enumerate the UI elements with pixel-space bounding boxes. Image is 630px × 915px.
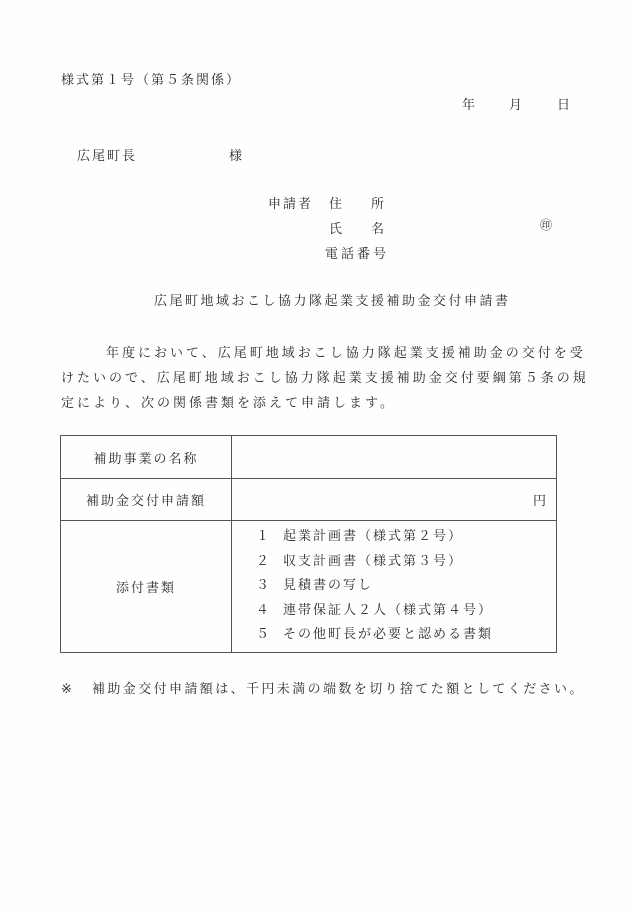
address-label-part2: 所 — [371, 193, 386, 212]
amount-field[interactable]: 円 — [232, 479, 557, 521]
item-text: 起業計画書（様式第２号） — [283, 525, 463, 550]
list-item: ３見積書の写し — [256, 574, 556, 599]
address-label-part1: 住 — [329, 197, 344, 212]
table-row: 添付書類 １起業計画書（様式第２号） ２収支計画書（様式第３号） ３見積書の写し… — [61, 521, 557, 653]
project-name-label: 補助事業の名称 — [61, 436, 232, 479]
addressee-honorific: 様 — [229, 145, 244, 164]
reference-mark-icon: ※ — [61, 682, 92, 697]
amount-label: 補助金交付申請額 — [61, 479, 232, 521]
list-item: ２収支計画書（様式第３号） — [256, 550, 556, 575]
form-number: 様式第１号（第５条関係） — [61, 69, 241, 88]
table-row: 補助事業の名称 — [61, 436, 557, 479]
date-month: 月 — [509, 94, 557, 113]
yen-unit: 円 — [533, 494, 548, 509]
item-number: ４ — [256, 599, 283, 624]
name-label-part1: 氏 — [329, 222, 344, 237]
seal-mark-icon: ㊞ — [540, 216, 552, 233]
body-line-1: 年度において、広尾町地域おこし協力隊起業支援補助金の交付を受 — [61, 341, 581, 366]
date-year: 年 — [462, 94, 509, 113]
applicant-label: 申請者 — [268, 193, 313, 212]
application-table: 補助事業の名称 補助金交付申請額 円 添付書類 １起業計画書（様式第２号） ２収… — [60, 435, 557, 653]
item-text: その他町長が必要と認める書類 — [283, 623, 493, 648]
project-name-field[interactable] — [232, 436, 557, 479]
list-item: ５その他町長が必要と認める書類 — [256, 623, 556, 648]
phone-label: 電話番号 — [325, 243, 389, 262]
list-item: ４連帯保証人２人（様式第４号） — [256, 599, 556, 624]
document-title: 広尾町地域おこし協力隊起業支援補助金交付申請書 — [154, 290, 511, 309]
table-row: 補助金交付申請額 円 — [61, 479, 557, 521]
body-line-3: 定により、次の関係書類を添えて申請します。 — [61, 391, 581, 416]
address-label: 住所 — [329, 193, 344, 212]
list-item: １起業計画書（様式第２号） — [256, 525, 556, 550]
item-number: ３ — [256, 574, 283, 599]
addressee: 広尾町長 様 — [77, 145, 137, 164]
addressee-name: 広尾町長 — [77, 149, 137, 164]
date-line: 年 月 日 — [462, 94, 572, 113]
body-line-2: けたいので、広尾町地域おこし協力隊起業支援補助金交付要綱第５条の規 — [61, 366, 581, 391]
item-number: ２ — [256, 550, 283, 575]
attachments-label: 添付書類 — [61, 521, 232, 653]
attachments-list: １起業計画書（様式第２号） ２収支計画書（様式第３号） ３見積書の写し ４連帯保… — [232, 521, 556, 652]
date-day: 日 — [557, 94, 572, 113]
item-number: １ — [256, 525, 283, 550]
footnote-text: 補助金交付申請額は、千円未満の端数を切り捨てた額としてください。 — [92, 682, 585, 697]
name-label: 氏名 — [329, 218, 344, 237]
attachments-cell: １起業計画書（様式第２号） ２収支計画書（様式第３号） ３見積書の写し ４連帯保… — [232, 521, 557, 653]
name-label-part2: 名 — [371, 218, 386, 237]
item-text: 収支計画書（様式第３号） — [283, 550, 463, 575]
body-paragraph: 年度において、広尾町地域おこし協力隊起業支援補助金の交付を受 けたいので、広尾町… — [61, 341, 581, 416]
item-text: 連帯保証人２人（様式第４号） — [283, 599, 493, 624]
footnote: ※補助金交付申請額は、千円未満の端数を切り捨てた額としてください。 — [61, 678, 585, 697]
item-text: 見積書の写し — [283, 574, 373, 599]
item-number: ５ — [256, 623, 283, 648]
